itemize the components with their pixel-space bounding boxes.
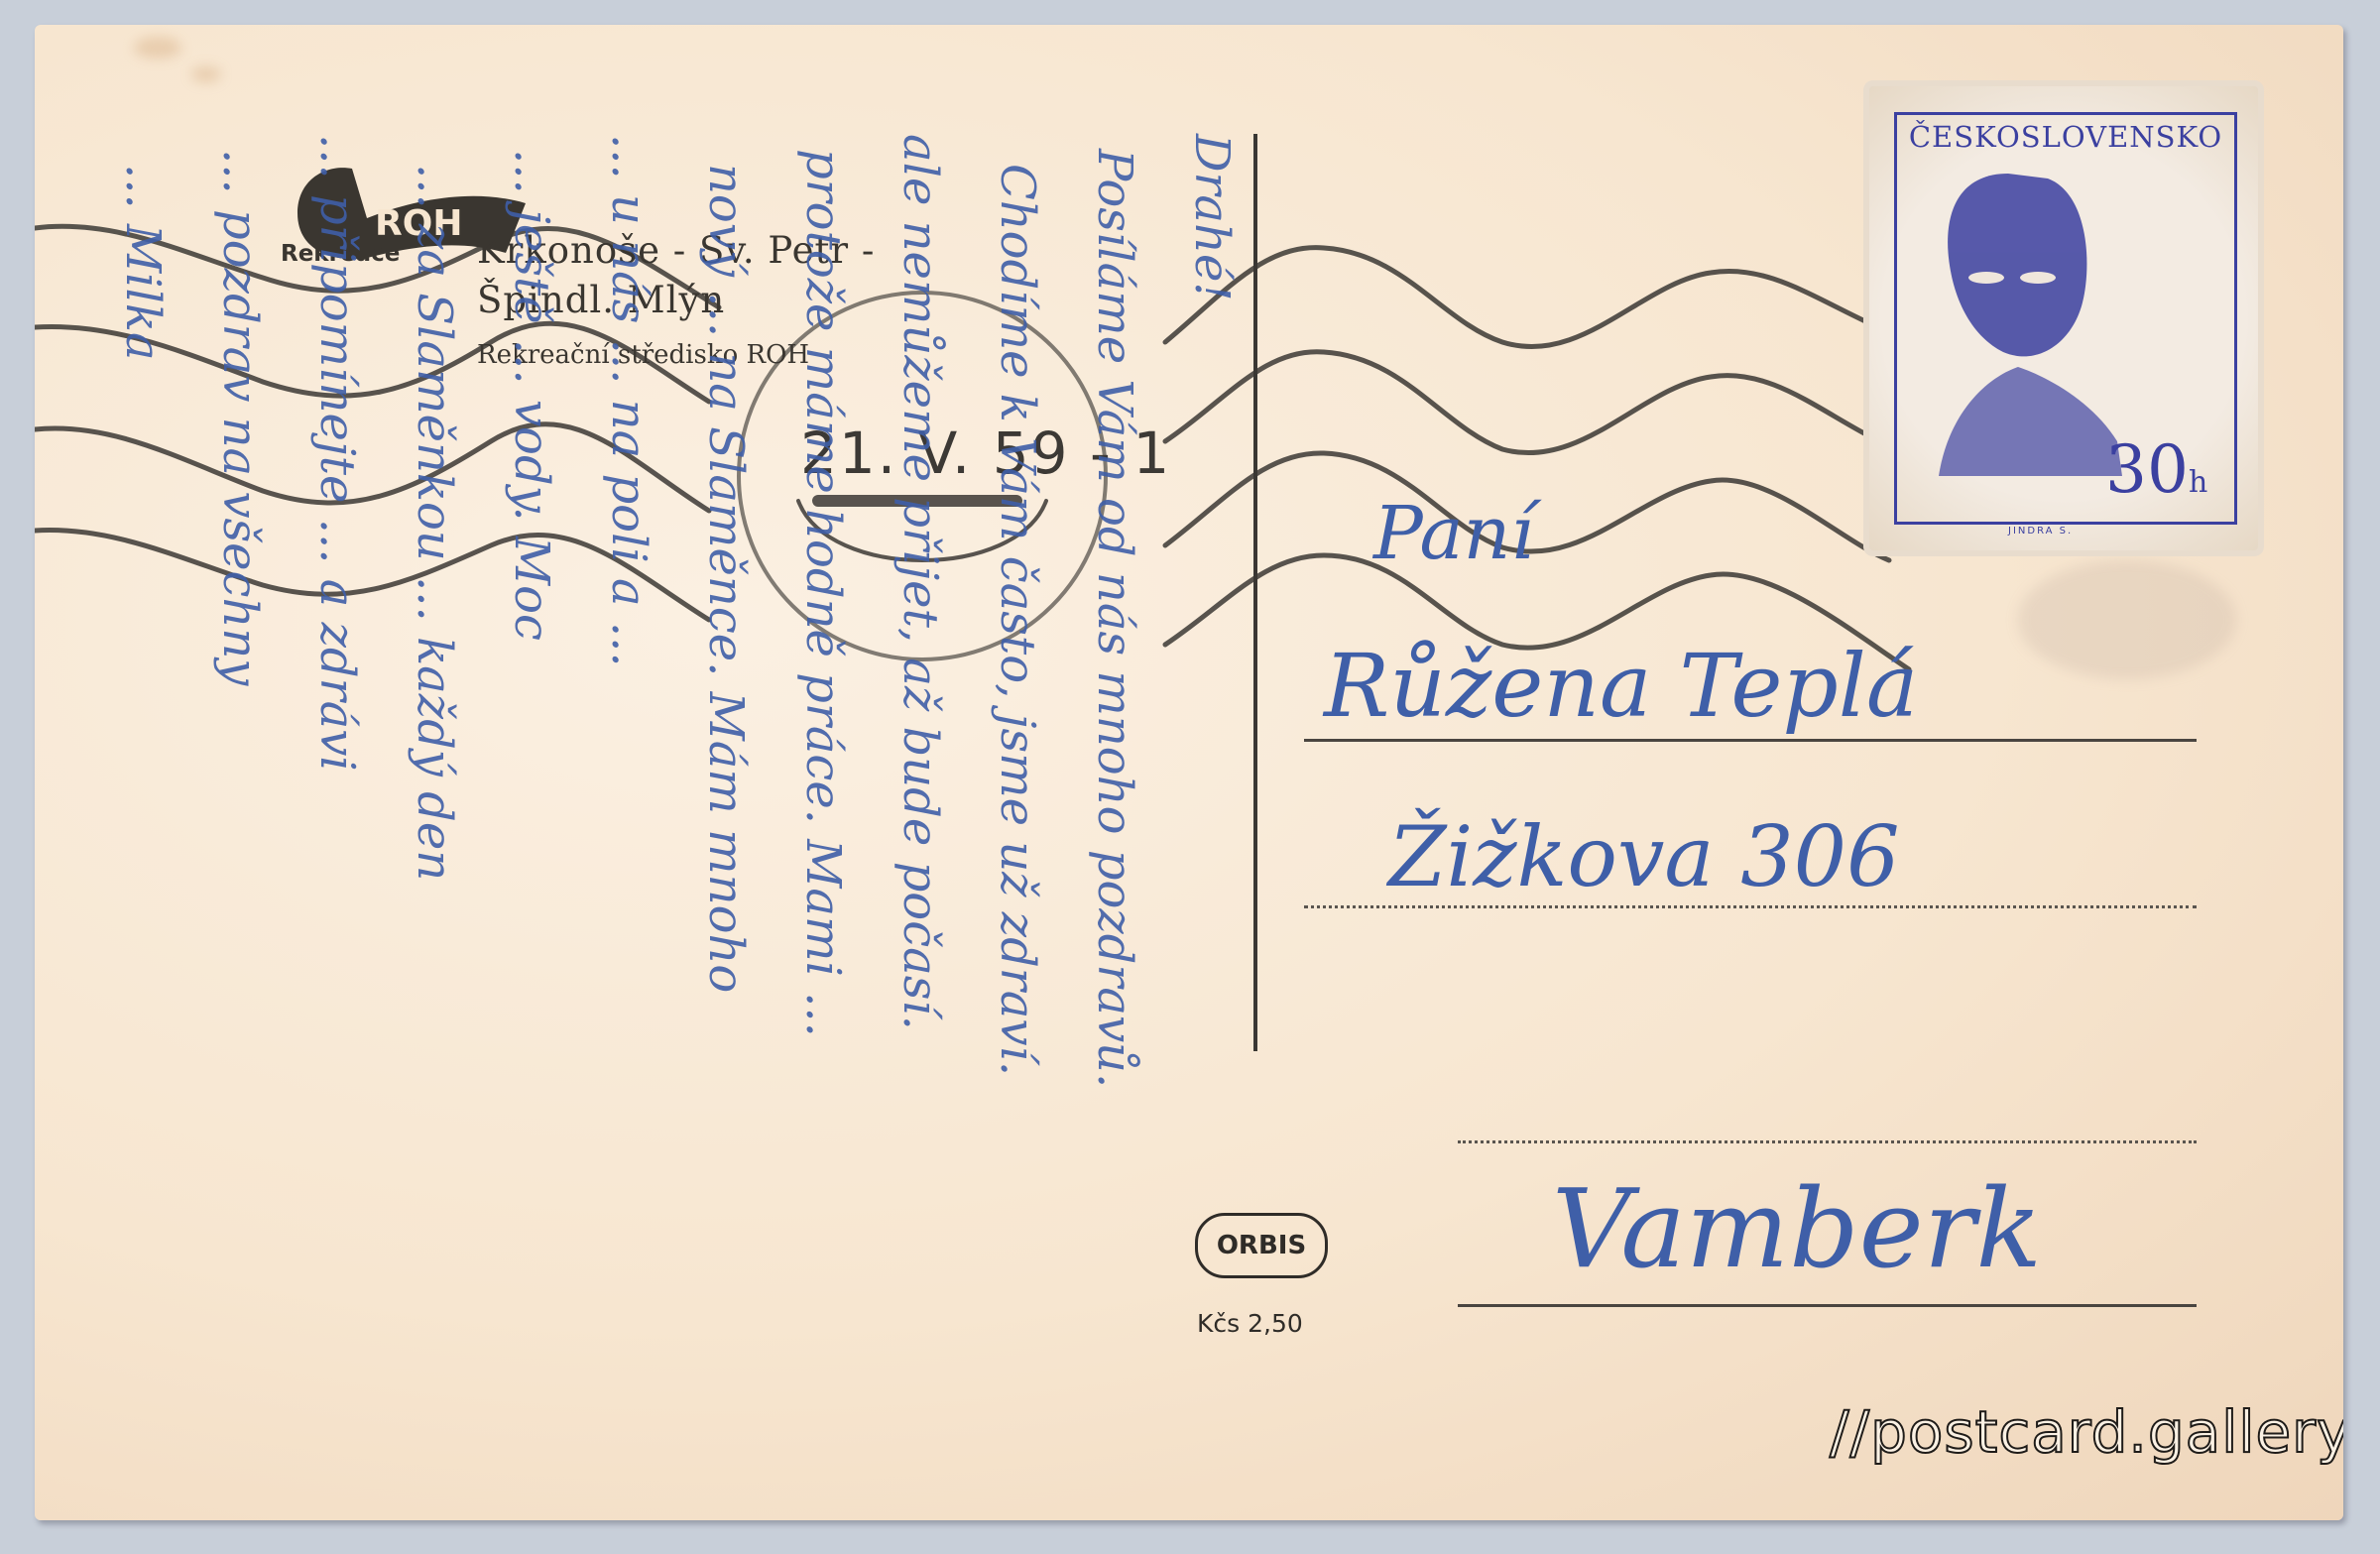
stamp-engraver: JINDRA S. — [2008, 526, 2073, 537]
address-street: Žižkova 306 — [1388, 808, 1900, 905]
address-salutation: Paní — [1373, 491, 1534, 576]
address-city: Vamberk — [1552, 1165, 2042, 1292]
address-line-4 — [1458, 1304, 2197, 1307]
address-line-2 — [1304, 905, 2197, 908]
stamp-portrait-icon — [35, 25, 2343, 1520]
stamp-value-number: 30 — [2105, 431, 2189, 508]
postcard: ROH Rekreace Krkonoše - Sv. Petr - Špind… — [35, 25, 2343, 1520]
address-name: Růžena Teplá — [1324, 635, 1918, 737]
stamp-value-unit: h — [2189, 465, 2207, 500]
address-line-1 — [1304, 739, 2197, 742]
stamp-value: 30h — [2105, 431, 2207, 508]
watermark: //postcard.gallery — [1830, 1398, 2343, 1466]
address-line-3 — [1458, 1140, 2197, 1143]
